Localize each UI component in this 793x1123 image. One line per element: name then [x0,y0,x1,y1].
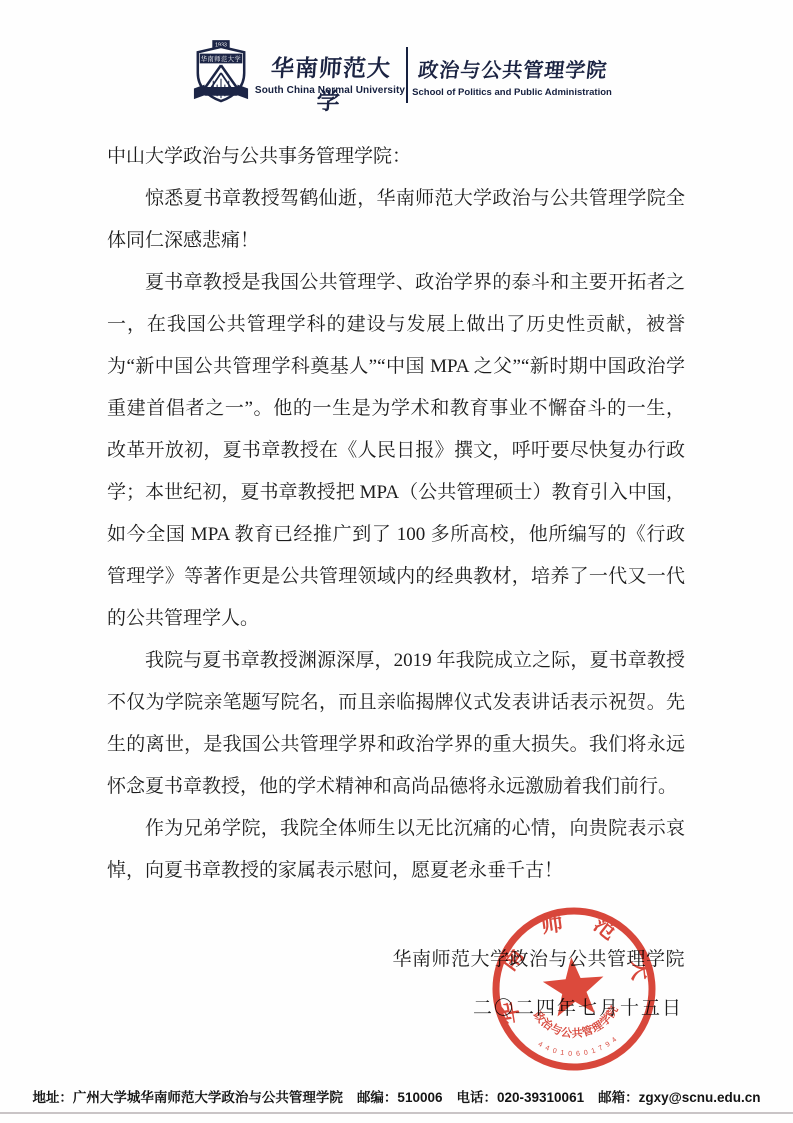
paragraph: 我院与夏书章教授渊源深厚，2019 年我院成立之际，夏书章教授不仅为学院亲笔题写… [107,640,685,808]
seal-bottom-text: 政治与公共管理学院 [530,1001,623,1044]
crest-band-text: 华南师范大学 [201,54,242,63]
university-crest-icon: 1933 华南师范大学 [192,40,250,106]
letter-page: 1933 华南师范大学 华南师范大学 South China Normal Un… [0,0,793,1123]
footer-phone: 电话：020-39310061 [457,1086,585,1106]
footer-postcode: 邮编：510006 [357,1086,443,1106]
school-name-cn: 政治与公共管理学院 [416,54,609,83]
salutation: 中山大学政治与公共事务管理学院： [107,136,685,178]
footer-address: 地址：广州大学城华南师范大学政治与公共管理学院 [32,1086,343,1106]
seal-ring-text: 华南师范大学 [480,895,657,1029]
footer: 地址：广州大学城华南师范大学政治与公共管理学院 邮编：510006 电话：020… [0,1086,793,1106]
star-icon [541,954,607,1017]
university-name-en: South China Normal University [252,85,408,96]
letter-body: 中山大学政治与公共事务管理学院： 惊悉夏书章教授驾鹤仙逝，华南师范大学政治与公共… [107,136,685,892]
footer-email: 邮箱：zgxy@scnu.edu.cn [598,1086,760,1106]
paragraph: 夏书章教授是我国公共管理学、政治学界的泰斗和主要开拓者之一，在我国公共管理学科的… [107,262,685,640]
school-name-en: School of Politics and Public Administra… [412,87,612,98]
footer-divider [0,1112,793,1114]
official-seal: 华南师范大学 政治与公共管理学院 4401060179426 [480,895,669,1084]
university-name-cn: 华南师范大学 [258,50,403,116]
paragraph: 惊悉夏书章教授驾鹤仙逝，华南师范大学政治与公共管理学院全体同仁深感悲痛！ [107,178,685,262]
svg-text:华南师范大学: 华南师范大学 [480,895,657,1029]
paragraph: 作为兄弟学院，我院全体师生以无比沉痛的心情，向贵院表示哀悼，向夏书章教授的家属表… [107,808,685,892]
paragraphs: 惊悉夏书章教授驾鹤仙逝，华南师范大学政治与公共管理学院全体同仁深感悲痛！夏书章教… [107,178,685,892]
header-divider [406,47,408,103]
svg-text:政治与公共管理学院: 政治与公共管理学院 [530,1001,623,1044]
